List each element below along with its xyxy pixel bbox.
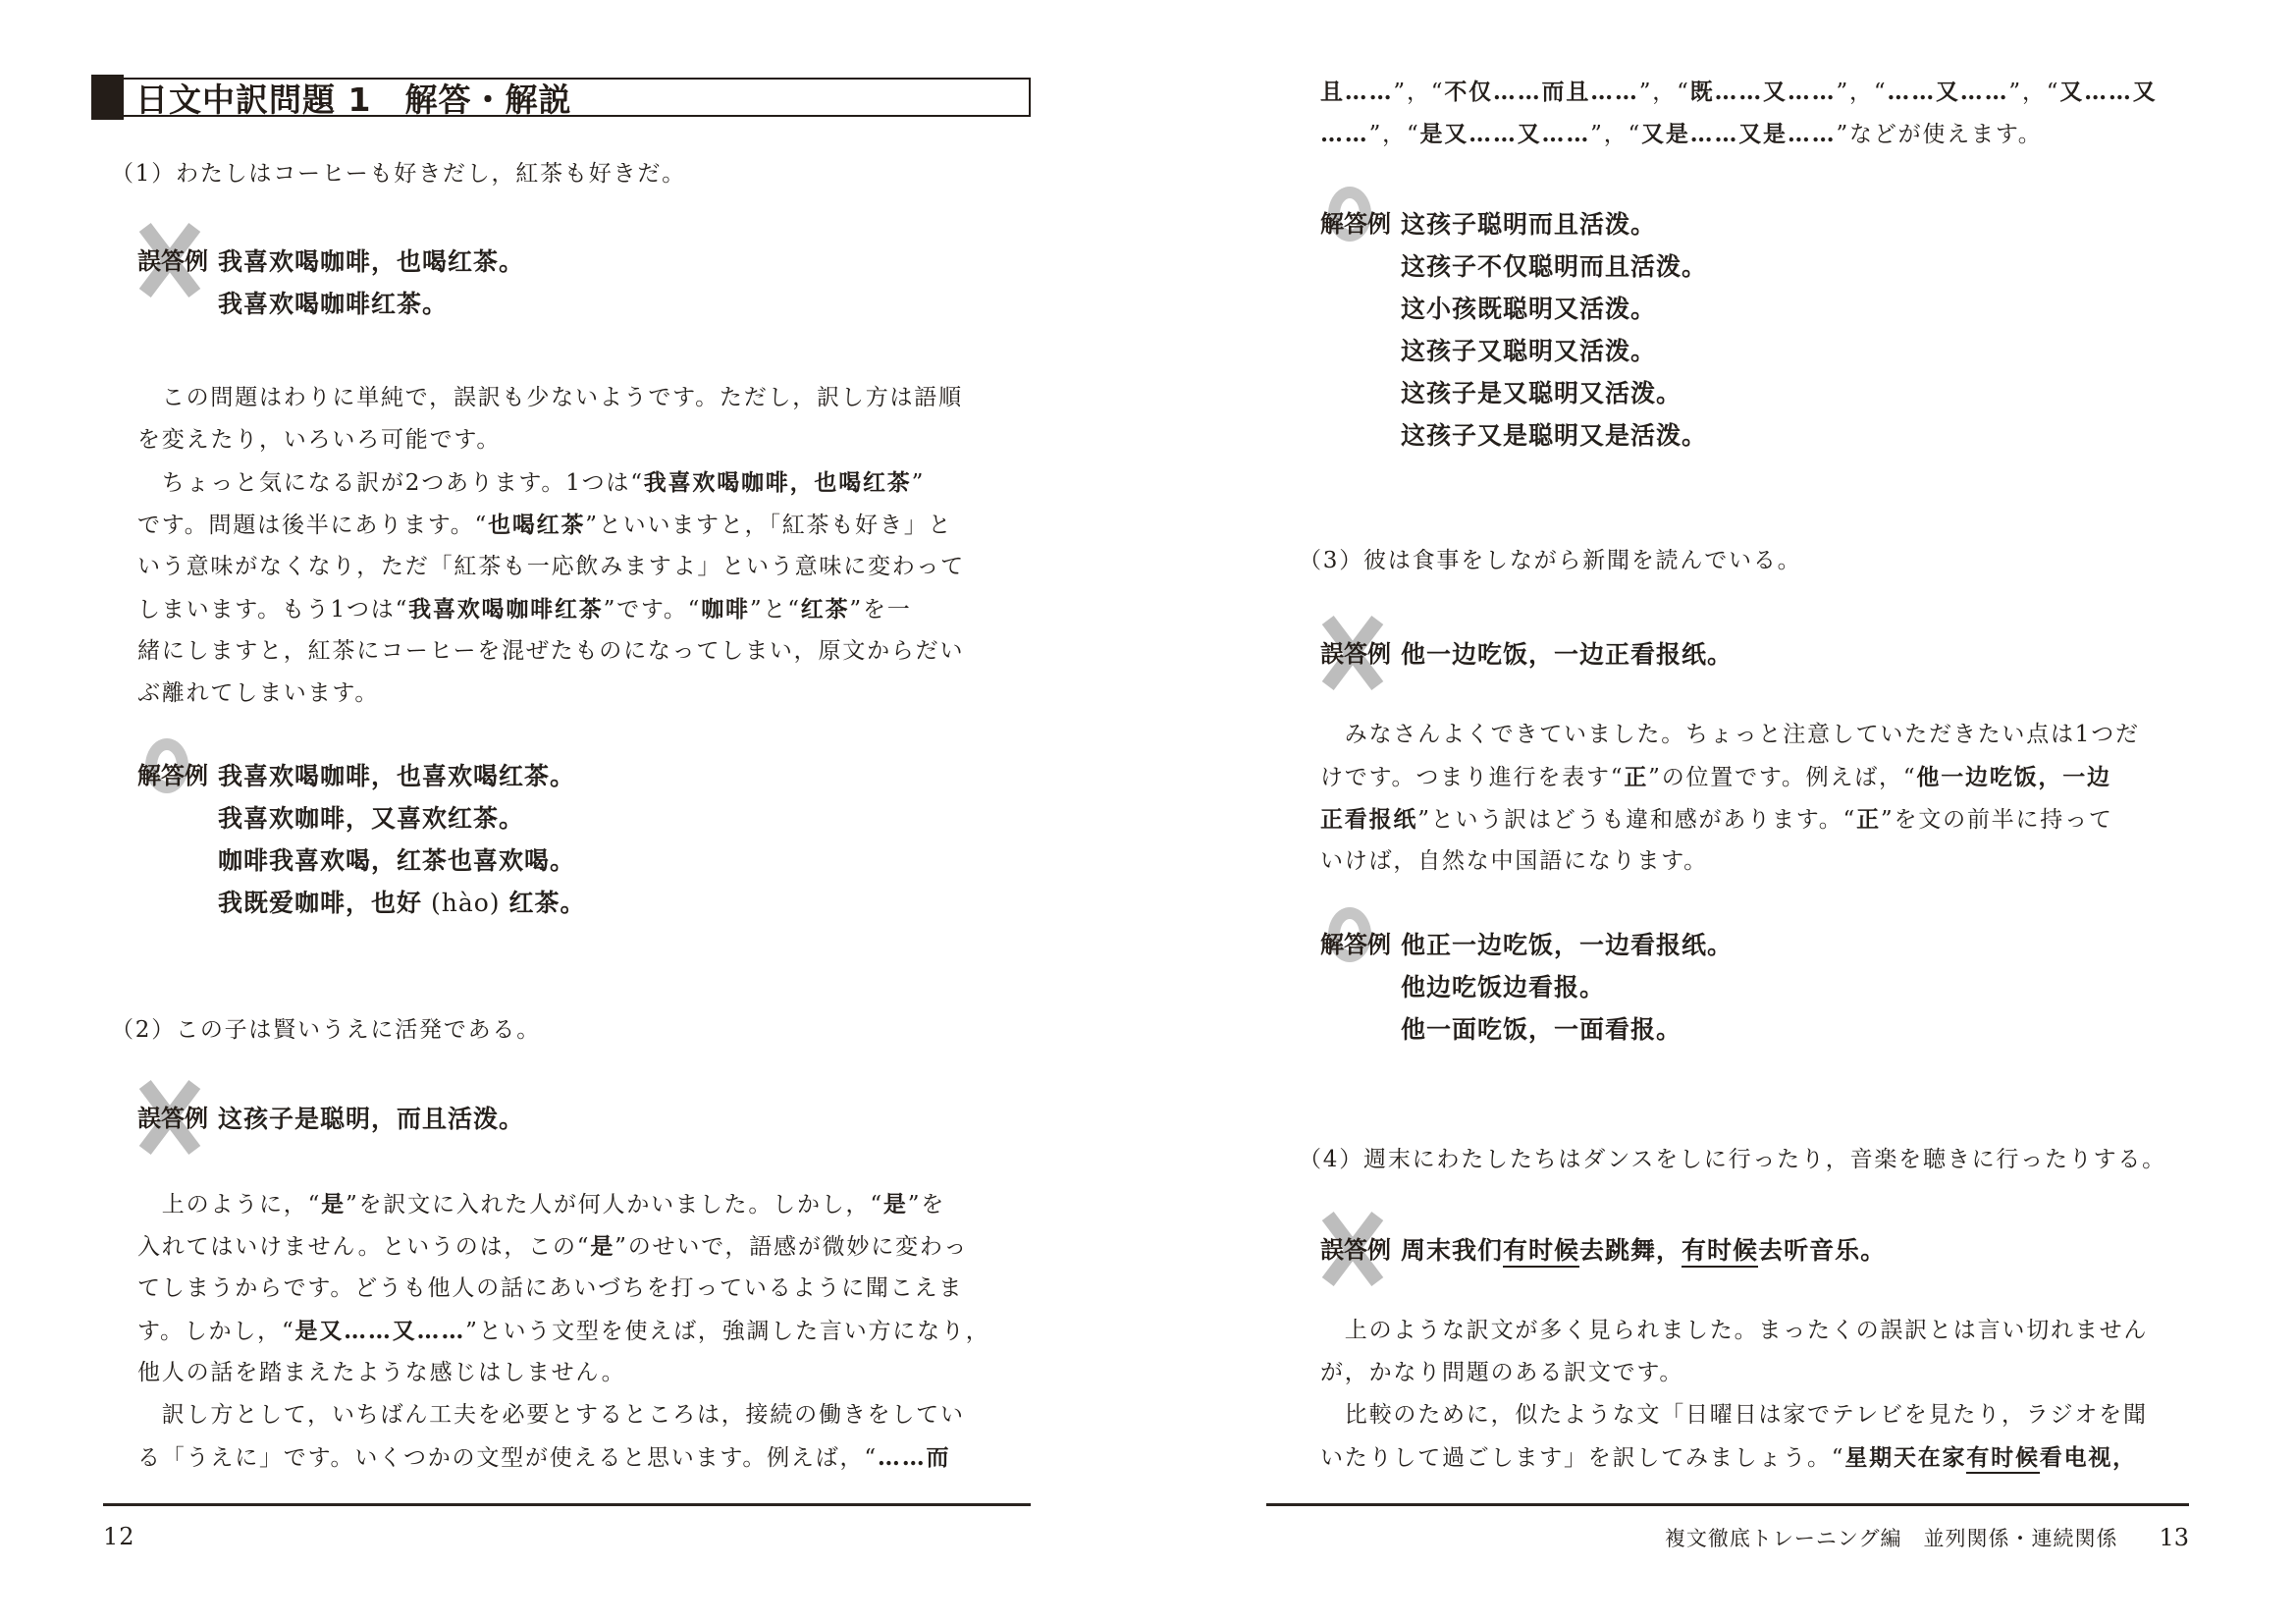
para-line: す。しかし，“是又……又……”という文型を使えば，強調した言い方になり，: [137, 1310, 1039, 1352]
para-line: 他人の話を踏まえたような感じはしません。: [137, 1352, 1039, 1394]
wrong-answer-label: 誤答例: [1320, 633, 1401, 676]
wrong-example-1: 誤答例 我喜欢喝咖啡，也喝红茶。 我喜欢喝咖啡红茶。: [137, 241, 524, 325]
example-line: 我喜欢咖啡，又喜欢红茶。: [218, 797, 586, 839]
wrong-answer-label: 誤答例: [1320, 1229, 1401, 1272]
para-line: る「うえに」です。いくつかの文型が使えると思います。例えば，“……而: [137, 1436, 1039, 1479]
example-line: 我喜欢喝咖啡红茶。: [218, 283, 524, 325]
question-1: （1）わたしはコーヒーも好きだし，紅茶も好きだ。: [111, 157, 686, 190]
example-line: 这孩子又聪明又活泼。: [1401, 330, 1707, 372]
example-line: 咖啡我喜欢喝，红茶也喜欢喝。: [218, 839, 586, 882]
example-line: 这孩子不仅聪明而且活泼。: [1401, 245, 1707, 288]
example-line: 我喜欢喝咖啡，也喝红茶。: [218, 241, 524, 283]
para-line: ちょっと気になる訳が2つあります。1つは“我喜欢喝咖啡，也喝红茶”: [137, 461, 1039, 504]
question-2: （2）この子は賢いうえに活発である。: [111, 1013, 541, 1047]
para-line: 緒にしますと，紅茶にコーヒーを混ぜたものになってしまい，原文からだい: [137, 630, 1039, 673]
correct-example-2: 解答例 这孩子聪明而且活泼。 这孩子不仅聪明而且活泼。 这小孩既聪明又活泼。 这…: [1320, 203, 1707, 457]
para-line: 且……”，“不仅……而且……”，“既……又……”，“……又……”，“又……又: [1320, 71, 2221, 113]
para-line: 訳し方として，いちばん工夫を必要とするところは，接続の働きをしてい: [137, 1394, 1039, 1436]
example-line: 周末我们有时候去跳舞，有时候去听音乐。: [1401, 1229, 1886, 1272]
correct-answer-label: 解答例: [1320, 924, 1401, 966]
example-line: 这孩子聪明而且活泼。: [1401, 203, 1707, 245]
para-line: いう意味がなくなり，ただ「紅茶も一応飲みますよ」という意味に変わって: [137, 546, 1039, 588]
wrong-example-3: 誤答例 他一边吃饭，一边正看报纸。: [1320, 633, 1733, 676]
para-line: いけば，自然な中国語になります。: [1320, 840, 2221, 883]
wrong-example-2: 誤答例 这孩子是聪明，而且活泼。: [137, 1098, 524, 1140]
para-line: が，かなり問題のある訳文です。: [1320, 1352, 2221, 1394]
footer-rule-right: [1266, 1503, 2189, 1506]
footer-right: 複文徹底トレーニング編 並列関係・連続関係 13: [1665, 1523, 2189, 1552]
para-line: です。問題は後半にあります。“也喝红茶”といいますと，「紅茶も好き」と: [137, 504, 1039, 546]
para-line: 上のように，“是”を訳文に入れた人が何人かいました。しかし，“是”を: [137, 1183, 1039, 1225]
para-line: 入れてはいけません。というのは，この“是”のせいで，語感が微妙に変わっ: [137, 1225, 1039, 1268]
para-line: ……”，“是又……又……”，“又是……又是……”などが使えます。: [1320, 113, 2221, 155]
question-4: （4）週末にわたしたちはダンスをしに行ったり，音楽を聴きに行ったりする。: [1299, 1143, 2166, 1176]
correct-answer-label: 解答例: [137, 755, 218, 797]
correct-example-1: 解答例 我喜欢喝咖啡，也喜欢喝红茶。 我喜欢咖啡，又喜欢红茶。 咖啡我喜欢喝，红…: [137, 755, 586, 924]
example-line: 我喜欢喝咖啡，也喜欢喝红茶。: [218, 755, 586, 797]
title-square-icon: [91, 75, 124, 120]
wrong-answer-label: 誤答例: [137, 1098, 218, 1140]
page-title: 日文中訳問題 1 解答・解説: [135, 75, 571, 121]
title-box: 日文中訳問題 1 解答・解説: [124, 78, 1031, 117]
example-line: 他正一边吃饭，一边看报纸。: [1401, 924, 1733, 966]
explanation-paragraph-3: みなさんよくできていました。ちょっと注意していただきたい点は1つだ けです。つま…: [1320, 714, 2221, 883]
wrong-example-4: 誤答例 周末我们有时候去跳舞，有时候去听音乐。: [1320, 1229, 1886, 1272]
page-number-left: 12: [103, 1523, 135, 1550]
example-line: 这孩子又是聪明又是活泼。: [1401, 414, 1707, 457]
para-line: みなさんよくできていました。ちょっと注意していただきたい点は1つだ: [1320, 714, 2221, 756]
chapter-title-bar: 日文中訳問題 1 解答・解説: [91, 75, 1031, 120]
example-line: 他一面吃饭，一面看报。: [1401, 1008, 1733, 1051]
explanation-paragraph-2-cont: 且……”，“不仅……而且……”，“既……又……”，“……又……”，“又……又 ……: [1320, 71, 2221, 155]
book-spread: { "labels": { "wrong": "誤答例", "correct":…: [0, 0, 2296, 1624]
explanation-paragraph-2: 上のように，“是”を訳文に入れた人が何人かいました。しかし，“是”を 入れてはい…: [137, 1183, 1039, 1479]
example-line: 这小孩既聪明又活泼。: [1401, 288, 1707, 330]
correct-example-3: 解答例 他正一边吃饭，一边看报纸。 他边吃饭边看报。 他一面吃饭，一面看报。: [1320, 924, 1733, 1051]
example-line: 这孩子是又聪明又活泼。: [1401, 372, 1707, 414]
wrong-answer-label: 誤答例: [137, 241, 218, 283]
para-line: てしまうからです。どうも他人の話にあいづちを打っているように聞こえま: [137, 1268, 1039, 1310]
para-line: この問題はわりに単純で，誤訳も少ないようです。ただし，訳し方は語順: [137, 377, 1039, 419]
para-line: 正看报纸”という訳はどうも違和感があります。“正”を文の前半に持って: [1320, 798, 2221, 840]
explanation-paragraph-1: この問題はわりに単純で，誤訳も少ないようです。ただし，訳し方は語順 を変えたり，…: [137, 377, 1039, 715]
example-line: 他边吃饭边看报。: [1401, 966, 1733, 1008]
example-line: 这孩子是聪明，而且活泼。: [218, 1098, 524, 1140]
para-line: けです。つまり進行を表す“正”の位置です。例えば，“他一边吃饭，一边: [1320, 756, 2221, 798]
question-3: （3）彼は食事をしながら新聞を読んでいる。: [1299, 544, 1801, 577]
para-line: 上のような訳文が多く見られました。まったくの誤訳とは言い切れません: [1320, 1310, 2221, 1352]
correct-answer-label: 解答例: [1320, 203, 1401, 245]
para-line: 比較のために，似たような文「日曜日は家でテレビを見たり，ラジオを聞: [1320, 1394, 2221, 1436]
example-line: 我既爱咖啡，也好 (hào) 红茶。: [218, 882, 586, 924]
para-line: を変えたり，いろいろ可能です。: [137, 419, 1039, 461]
page-number-right: 13: [2159, 1524, 2189, 1551]
para-line: しまいます。もう1つは“我喜欢喝咖啡红茶”です。“咖啡”と“红茶”を一: [137, 588, 1039, 630]
para-line: いたりして過ごします」を訳してみましょう。“星期天在家有时候看电视，: [1320, 1436, 2221, 1479]
para-line: ぶ離れてしまいます。: [137, 673, 1039, 715]
explanation-paragraph-4: 上のような訳文が多く見られました。まったくの誤訳とは言い切れません が，かなり問…: [1320, 1310, 2221, 1479]
example-line: 他一边吃饭，一边正看报纸。: [1401, 633, 1733, 676]
footer-rule-left: [103, 1503, 1031, 1506]
running-title: 複文徹底トレーニング編 並列関係・連続関係: [1665, 1523, 2118, 1552]
